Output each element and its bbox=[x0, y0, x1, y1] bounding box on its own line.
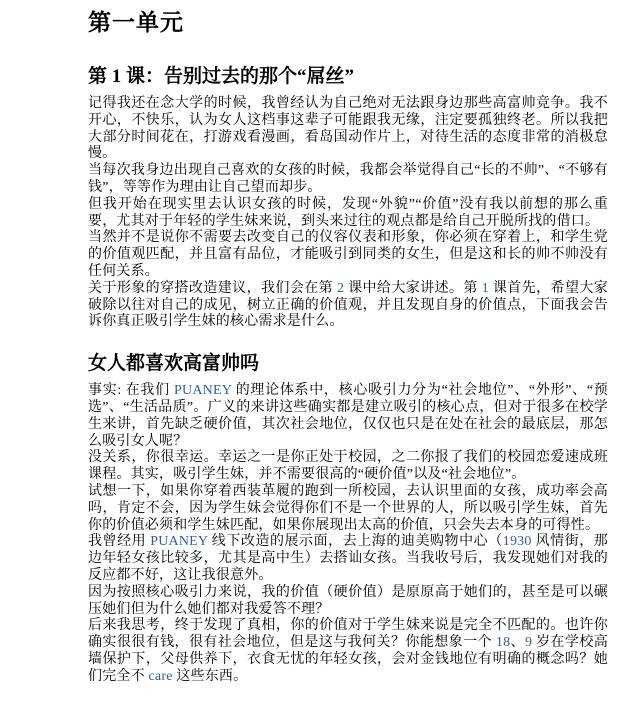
document-page: 第一单元 第 1 课：告别过去的那个“屌丝”记得我还在念大学的时候，我曾经认为自… bbox=[0, 0, 634, 718]
paragraph: 后来我思考，终于发现了真相，你的价值对于学生妹来说是完全不匹配的。也许你确实很很… bbox=[88, 618, 608, 685]
accent-text: 18 bbox=[496, 635, 510, 650]
text-run: 这些东西。 bbox=[173, 669, 248, 684]
paragraph: 试想一下，如果你穿着西装革履的跑到一所校园，去认识里面的女孩，成功率会高吗，肯定… bbox=[88, 484, 608, 534]
paragraph: 记得我还在念大学的时候，我曾经认为自己绝对无法跟身边那些高富帅竞争。我不开心，不… bbox=[88, 96, 608, 163]
paragraph: 我曾经用 PUANEY 线下改造的展示面，去上海的迪美购物中心（1930 风情街… bbox=[88, 534, 608, 584]
text-run: 因为按照核心吸引力来说，我的价值（硬价值）是原原高于她们的，甚至是可以碾压她们但… bbox=[88, 585, 608, 617]
paragraph: 当然并不是说你不需要去改变自己的仪容仪表和形象，你必须在穿着上，和学生党的价值观… bbox=[88, 230, 608, 280]
accent-text: PUANEY bbox=[150, 534, 207, 549]
section-heading: 女人都喜欢高富帅吗 bbox=[88, 353, 608, 374]
text-run: 、 bbox=[510, 635, 525, 650]
paragraph: 没关系，你很幸运。幸运之一是你正处于校园，之二你报了我们的校园恋爱速成班课程。其… bbox=[88, 450, 608, 484]
text-run: 当每次我身边出现自己喜欢的女孩的时候，我都会举觉得自己“长的不帅”、“不够有钱”… bbox=[88, 163, 608, 195]
paragraph: 但我开始在现实里去认识女孩的时候，发现“外貌”“价值”没有我以前想的那么重要，尤… bbox=[88, 197, 608, 231]
unit-title: 第一单元 bbox=[88, 10, 608, 36]
accent-text: 1930 bbox=[503, 534, 532, 549]
text-run: 事实: 在我们 bbox=[88, 383, 174, 398]
accent-text: care bbox=[149, 669, 173, 684]
accent-text: 1 bbox=[482, 281, 489, 296]
paragraph: 因为按照核心吸引力来说，我的价值（硬价值）是原原高于她们的，甚至是可以碾压她们但… bbox=[88, 585, 608, 619]
text-run: 没关系，你很幸运。幸运之一是你正处于校园，之二你报了我们的校园恋爱速成班课程。其… bbox=[88, 450, 608, 482]
text-run: 我曾经用 bbox=[88, 534, 150, 549]
paragraph: 当每次我身边出现自己喜欢的女孩的时候，我都会举觉得自己“长的不帅”、“不够有钱”… bbox=[88, 163, 608, 197]
text-run: 记得我还在念大学的时候，我曾经认为自己绝对无法跟身边那些高富帅竞争。我不开心，不… bbox=[88, 96, 608, 161]
text-run: 当然并不是说你不需要去改变自己的仪容仪表和形象，你必须在穿着上，和学生党的价值观… bbox=[88, 230, 608, 279]
text-run: 关于形象的穿搭改造建议，我们会在第 bbox=[88, 281, 337, 296]
sections-container: 第 1 课：告别过去的那个“屌丝”记得我还在念大学的时候，我曾经认为自己绝对无法… bbox=[88, 66, 608, 686]
text-run: 试想一下，如果你穿着西装革履的跑到一所校园，去认识里面的女孩，成功率会高吗，肯定… bbox=[88, 484, 608, 533]
section-2: 女人都喜欢高富帅吗事实: 在我们 PUANEY 的理论体系中，核心吸引力分为“社… bbox=[88, 353, 608, 685]
text-run: 线下改造的展示面，去上海的迪美购物中心（ bbox=[208, 534, 503, 549]
text-run: 但我开始在现实里去认识女孩的时候，发现“外貌”“价值”没有我以前想的那么重要，尤… bbox=[88, 197, 608, 229]
section-heading: 第 1 课：告别过去的那个“屌丝” bbox=[88, 66, 608, 87]
section-1: 第 1 课：告别过去的那个“屌丝”记得我还在念大学的时候，我曾经认为自己绝对无法… bbox=[88, 66, 608, 331]
paragraph: 事实: 在我们 PUANEY 的理论体系中，核心吸引力分为“社会地位”、“外形”… bbox=[88, 383, 608, 450]
text-run: 课中给大家讲述。第 bbox=[344, 281, 482, 296]
accent-text: PUANEY bbox=[174, 383, 231, 398]
paragraph: 关于形象的穿搭改造建议，我们会在第 2 课中给大家讲述。第 1 课首先，希望大家… bbox=[88, 281, 608, 331]
